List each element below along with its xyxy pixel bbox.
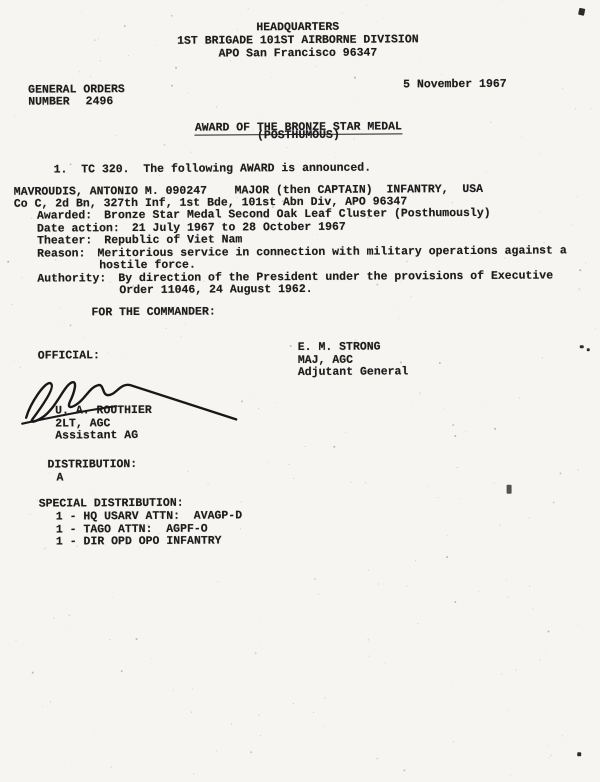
noise-speck (50, 702, 51, 703)
award-fields: Awarded:Bronze Star Medal Second Oak Lea… (37, 207, 583, 298)
noise-speck (187, 471, 188, 472)
noise-speck (53, 618, 54, 619)
noise-speck (368, 570, 369, 571)
noise-speck (109, 639, 110, 640)
noise-speck (276, 402, 277, 403)
noise-speck (287, 147, 288, 148)
noise-speck (94, 730, 95, 731)
noise-speck (452, 424, 454, 426)
noise-speck (80, 13, 81, 14)
noise-speck (259, 623, 260, 624)
noise-speck (216, 750, 217, 751)
noise-speck (438, 498, 439, 499)
noise-speck (510, 775, 511, 776)
noise-speck (19, 367, 20, 368)
noise-speck (441, 74, 442, 75)
commander-title: Adjutant General (298, 366, 408, 379)
commander-name: E. M. STRONG (298, 342, 381, 355)
noise-speck (376, 758, 378, 760)
field-authority-label: Authority: (37, 272, 106, 285)
noise-speck (171, 84, 173, 86)
noise-speck (31, 217, 32, 218)
noise-speck (539, 153, 540, 154)
noise-speck (250, 751, 252, 753)
noise-speck (506, 580, 507, 581)
scan-artifact (507, 485, 512, 494)
noise-speck (389, 616, 390, 617)
noise-speck (288, 464, 289, 465)
noise-speck (258, 714, 260, 716)
noise-speck (171, 14, 173, 16)
noise-speck (192, 688, 193, 689)
noise-speck (345, 432, 346, 433)
noise-speck (207, 483, 208, 484)
general-orders-number-line: NUMBER2496 (28, 96, 113, 109)
noise-speck (488, 523, 489, 524)
field-date-action-label: Date action: (37, 222, 120, 236)
noise-speck (508, 597, 509, 598)
noise-speck (520, 397, 521, 398)
noise-speck (120, 670, 122, 672)
noise-speck (394, 306, 395, 307)
noise-speck (260, 735, 261, 736)
noise-speck (419, 392, 421, 394)
noise-speck (376, 323, 377, 324)
noise-speck (42, 705, 43, 706)
noise-speck (350, 482, 351, 483)
noise-speck (594, 328, 595, 329)
noise-speck (191, 152, 192, 153)
noise-speck (415, 560, 416, 561)
special-distribution-list: 1 - HQ USARV ATTN: AVAGP-D 1 - TAGO ATTN… (56, 510, 243, 549)
noise-speck (439, 362, 441, 364)
noise-speck (493, 483, 494, 484)
noise-speck (324, 725, 325, 726)
noise-speck (8, 261, 10, 263)
noise-speck (354, 97, 355, 98)
noise-speck (218, 103, 219, 104)
noise-speck (552, 720, 553, 721)
scanned-document-page: { "doc": { "header": { "line1": "HEADQUA… (0, 0, 600, 782)
noise-speck (135, 638, 137, 640)
noise-speck (241, 502, 242, 503)
number-label: NUMBER (28, 95, 70, 108)
noise-speck (502, 1, 503, 2)
noise-speck (398, 318, 400, 320)
noise-speck (271, 77, 272, 78)
noise-speck (260, 646, 261, 647)
noise-speck (90, 76, 91, 77)
noise-speck (547, 744, 548, 745)
noise-speck (383, 19, 384, 20)
noise-speck (453, 741, 454, 742)
noise-speck (14, 116, 15, 117)
noise-speck (456, 467, 457, 468)
field-awarded-value: Bronze Star Medal Second Oak Leaf Cluste… (104, 207, 491, 222)
distribution-label: DISTRIBUTION: (47, 459, 137, 472)
noise-speck (79, 72, 80, 73)
noise-speck (21, 531, 22, 532)
field-reason-value: Meritorious service in connection with m… (97, 244, 573, 272)
noise-speck (529, 586, 530, 587)
noise-speck (417, 624, 418, 625)
noise-speck (369, 656, 370, 657)
noise-speck (173, 690, 174, 691)
noise-speck (185, 323, 186, 324)
noise-speck (30, 514, 31, 515)
special-distribution-item: 1 - DIR OPD OPO INFANTRY (56, 535, 242, 549)
field-theater-label: Theater: (37, 234, 92, 247)
noise-speck (507, 710, 508, 711)
noise-speck (501, 673, 503, 675)
noise-speck (290, 345, 292, 347)
noise-speck (451, 686, 452, 687)
noise-speck (191, 712, 192, 713)
noise-speck (212, 17, 213, 18)
noise-speck (447, 535, 448, 536)
noise-speck (119, 153, 120, 154)
noise-speck (446, 557, 448, 559)
noise-speck (366, 5, 367, 6)
noise-speck (579, 598, 580, 599)
noise-speck (294, 478, 295, 479)
document-date: 5 November 1967 (403, 79, 507, 92)
noise-speck (354, 76, 356, 78)
noise-speck (314, 578, 316, 580)
noise-speck (553, 502, 555, 504)
noise-speck (465, 431, 466, 432)
noise-speck (217, 581, 218, 582)
noise-speck (551, 755, 553, 757)
noise-speck (482, 400, 483, 401)
noise-speck (268, 462, 269, 463)
noise-speck (112, 597, 113, 598)
noise-speck (313, 712, 314, 713)
signer-name: U. A. ROUTHIER (55, 405, 152, 418)
noise-speck (512, 631, 513, 632)
noise-speck (93, 494, 94, 495)
noise-speck (110, 766, 112, 768)
for-the-commander: FOR THE COMMANDER: (91, 307, 215, 320)
distribution-value: A (56, 472, 63, 485)
noise-speck (253, 394, 254, 395)
noise-speck (318, 594, 319, 595)
noise-speck (16, 640, 17, 641)
scan-artifact (577, 752, 581, 756)
noise-speck (71, 766, 72, 767)
noise-speck (576, 108, 577, 109)
noise-speck (254, 652, 256, 654)
handwritten-signature (20, 372, 248, 431)
order-number: 2496 (86, 95, 114, 108)
noise-speck (14, 361, 15, 362)
field-theater-value: Republic of Viet Nam (104, 233, 242, 247)
noise-speck (547, 631, 549, 633)
opening-paragraph: 1. TC 320. The following AWARD is announ… (54, 163, 372, 177)
scan-artifact (578, 8, 585, 16)
noise-speck (548, 757, 549, 758)
field-awarded-label: Awarded: (37, 209, 92, 222)
noise-speck (478, 591, 479, 592)
letterhead-line-3: APO San Francisco 96347 (0, 46, 598, 62)
noise-speck (385, 663, 386, 664)
noise-speck (560, 473, 562, 475)
noise-speck (270, 740, 271, 741)
field-authority-value: By direction of the President under the … (118, 269, 560, 297)
noise-speck (194, 774, 195, 775)
field-reason-label: Reason: (37, 247, 85, 260)
noise-speck (364, 482, 366, 484)
scan-artifact (587, 348, 590, 351)
noise-speck (163, 143, 165, 145)
noise-speck (70, 627, 71, 628)
noise-speck (166, 327, 167, 328)
scan-artifact (580, 345, 584, 348)
noise-speck (68, 614, 70, 616)
noise-speck (170, 656, 171, 657)
noise-speck (211, 702, 212, 703)
noise-speck (368, 639, 370, 641)
noise-speck (540, 660, 541, 661)
noise-speck (533, 608, 534, 609)
noise-speck (32, 671, 34, 673)
noise-speck (412, 405, 413, 406)
noise-speck (70, 324, 72, 326)
noise-speck (585, 262, 586, 263)
noise-speck (334, 157, 335, 158)
noise-speck (181, 335, 182, 336)
noise-speck (28, 638, 29, 639)
noise-speck (494, 428, 496, 430)
noise-speck (258, 408, 259, 409)
noise-speck (333, 445, 335, 447)
noise-speck (516, 670, 517, 671)
noise-speck (84, 337, 85, 338)
signer-title: Assistant AG (55, 430, 138, 443)
noise-speck (443, 408, 444, 409)
noise-speck (293, 703, 294, 704)
noise-speck (108, 352, 109, 353)
noise-speck (187, 93, 188, 94)
noise-speck (122, 357, 123, 358)
noise-speck (428, 486, 429, 487)
noise-speck (175, 66, 177, 68)
noise-speck (562, 89, 563, 90)
official-label: OFFICIAL: (38, 350, 100, 363)
noise-speck (578, 469, 579, 470)
noise-speck (44, 548, 46, 550)
noise-speck (231, 723, 232, 724)
noise-speck (166, 342, 167, 343)
noise-speck (403, 769, 405, 771)
noise-speck (454, 435, 456, 437)
noise-speck (247, 8, 248, 9)
noise-speck (416, 643, 417, 644)
field-authority: Authority:By direction of the President … (37, 270, 582, 298)
noise-speck (410, 296, 411, 297)
noise-speck (454, 601, 456, 603)
noise-speck (151, 658, 152, 659)
noise-speck (216, 106, 217, 107)
noise-speck (424, 746, 425, 747)
noise-speck (544, 650, 545, 651)
document: HEADQUARTERS 1ST BRIGADE 101ST AIRBORNE … (0, 0, 600, 782)
noise-speck (324, 697, 326, 699)
noise-speck (21, 277, 22, 278)
noise-speck (63, 322, 64, 323)
noise-speck (316, 66, 317, 67)
noise-speck (562, 736, 563, 737)
noise-speck (542, 358, 543, 359)
noise-speck (590, 109, 591, 110)
noise-speck (529, 517, 530, 518)
noise-speck (557, 628, 558, 629)
noise-speck (305, 446, 306, 447)
noise-speck (378, 583, 379, 584)
noise-speck (406, 585, 407, 586)
noise-speck (499, 524, 501, 526)
document-subtitle: (POSTHUMOUS) (0, 128, 598, 144)
noise-speck (486, 171, 487, 172)
noise-speck (49, 472, 50, 473)
noise-speck (342, 13, 343, 14)
noise-speck (400, 361, 402, 363)
noise-speck (60, 308, 61, 309)
noise-speck (12, 304, 13, 305)
noise-speck (577, 625, 578, 626)
noise-speck (460, 498, 461, 499)
